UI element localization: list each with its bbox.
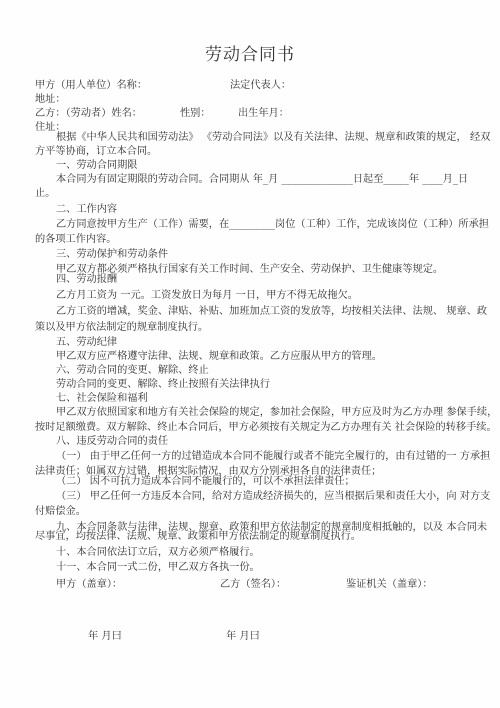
birth-label: 出生年月：	[238, 104, 289, 119]
party-a-name-label: 甲方（用人单位）名称：	[35, 76, 147, 91]
preamble-line: 根据《中华人民共和国劳动法》 《劳动合同法》以及有关法律、法规、规章和政策的规定…	[56, 131, 490, 144]
section-line: 的各项工作内容。	[35, 233, 117, 246]
document-title: 劳动合同书	[0, 40, 500, 65]
section-line: 十、本合同依法订立后，双方必须严格履行。	[56, 546, 260, 559]
section-line: 尽事宜，均按法律、法规、规章、政策和甲方依法制定的规章制度执行。	[35, 530, 361, 543]
authority-seal-label: 鉴证机关（盖章）：	[346, 575, 433, 590]
section-line: 甲乙双方应严格遵守法律、法规、规章和政策。乙方应服从甲方的管理。	[56, 350, 382, 363]
party-b-name-label: 乙方：（劳动者）姓名：	[35, 104, 142, 119]
address-a-label: 地址：	[35, 90, 66, 105]
section-line: 付赔偿金。	[35, 505, 86, 518]
section-heading: 七、社会保险和福利	[56, 392, 148, 405]
legal-rep-label: 法定代表人：	[230, 76, 291, 91]
section-heading: 二、工作内容	[56, 203, 117, 216]
section-line: 本合同为有固定期限的劳动合同。合同期从 年_月 ______________日起…	[56, 173, 468, 186]
document-page: 劳动合同书 甲方（用人单位）名称： 法定代表人： 地址： 乙方：（劳动者）姓名：…	[0, 0, 500, 708]
date-a-label: 年 月曰	[88, 627, 122, 642]
section-line: 劳动合同的变更、解除、终止按照有关法律执行	[56, 378, 270, 391]
section-line: 策以及甲方依法制定的规章制度执行。	[35, 321, 208, 334]
section-heading: 八、违反劳动合同的责任	[56, 435, 168, 448]
section-line: （二） 因不可抗力造成本合同不能履行的，可以不承担法律责任；	[56, 475, 355, 488]
date-b-label: 年 月曰	[226, 627, 260, 642]
section-line: （一） 由于甲乙任何一方的过错造成本合同不能履行或者不能完全履行的，由有过错的一…	[56, 450, 490, 463]
section-line: 乙方同意按甲方生产（工作）需要，在_________岗位（工种）工作，完成该岗位…	[56, 218, 489, 231]
section-heading: 六、劳动合同的变更、解除、终止	[56, 364, 209, 377]
section-line: 止。	[35, 187, 55, 200]
section-heading: 四、劳动报酬	[56, 273, 117, 286]
section-line: 乙方工资的增减，奖金、津贴、补贴、加班加点工资的发放等，均按相关法律、法规、 规…	[56, 305, 487, 318]
party-a-seal-label: 甲方（盖章）：	[56, 575, 122, 590]
section-line: 十一、本合同一式二份，甲乙双方各执一份。	[56, 561, 260, 574]
section-line: （三） 甲乙任何一方违反本合同，给对方造成经济损失的，应当根据后果和责任大小，向…	[56, 490, 490, 503]
section-heading: 三、劳动保护和劳动条件	[56, 248, 168, 261]
party-b-sign-label: 乙方（签名）：	[220, 575, 286, 590]
section-line: 乙方月工资为 一元。工资发放日为每月 一日，甲方不得无故拖欠。	[56, 289, 358, 302]
gender-label: 性别：	[180, 104, 211, 119]
preamble-line: 方平等协商，订立本合同。	[35, 145, 157, 158]
section-heading: 一、劳动合同期限	[56, 159, 138, 172]
section-line: 按时足额缴费。双方解除、终止本合同后，甲方必须按有关规定为乙方办理有关 社会保险…	[35, 421, 497, 434]
section-heading: 五、劳动纪律	[56, 336, 117, 349]
section-line: 甲乙双方依照国家和地方有关社会保险的规定，参加社会保险，甲方应及时为乙方办理 参…	[56, 406, 497, 419]
